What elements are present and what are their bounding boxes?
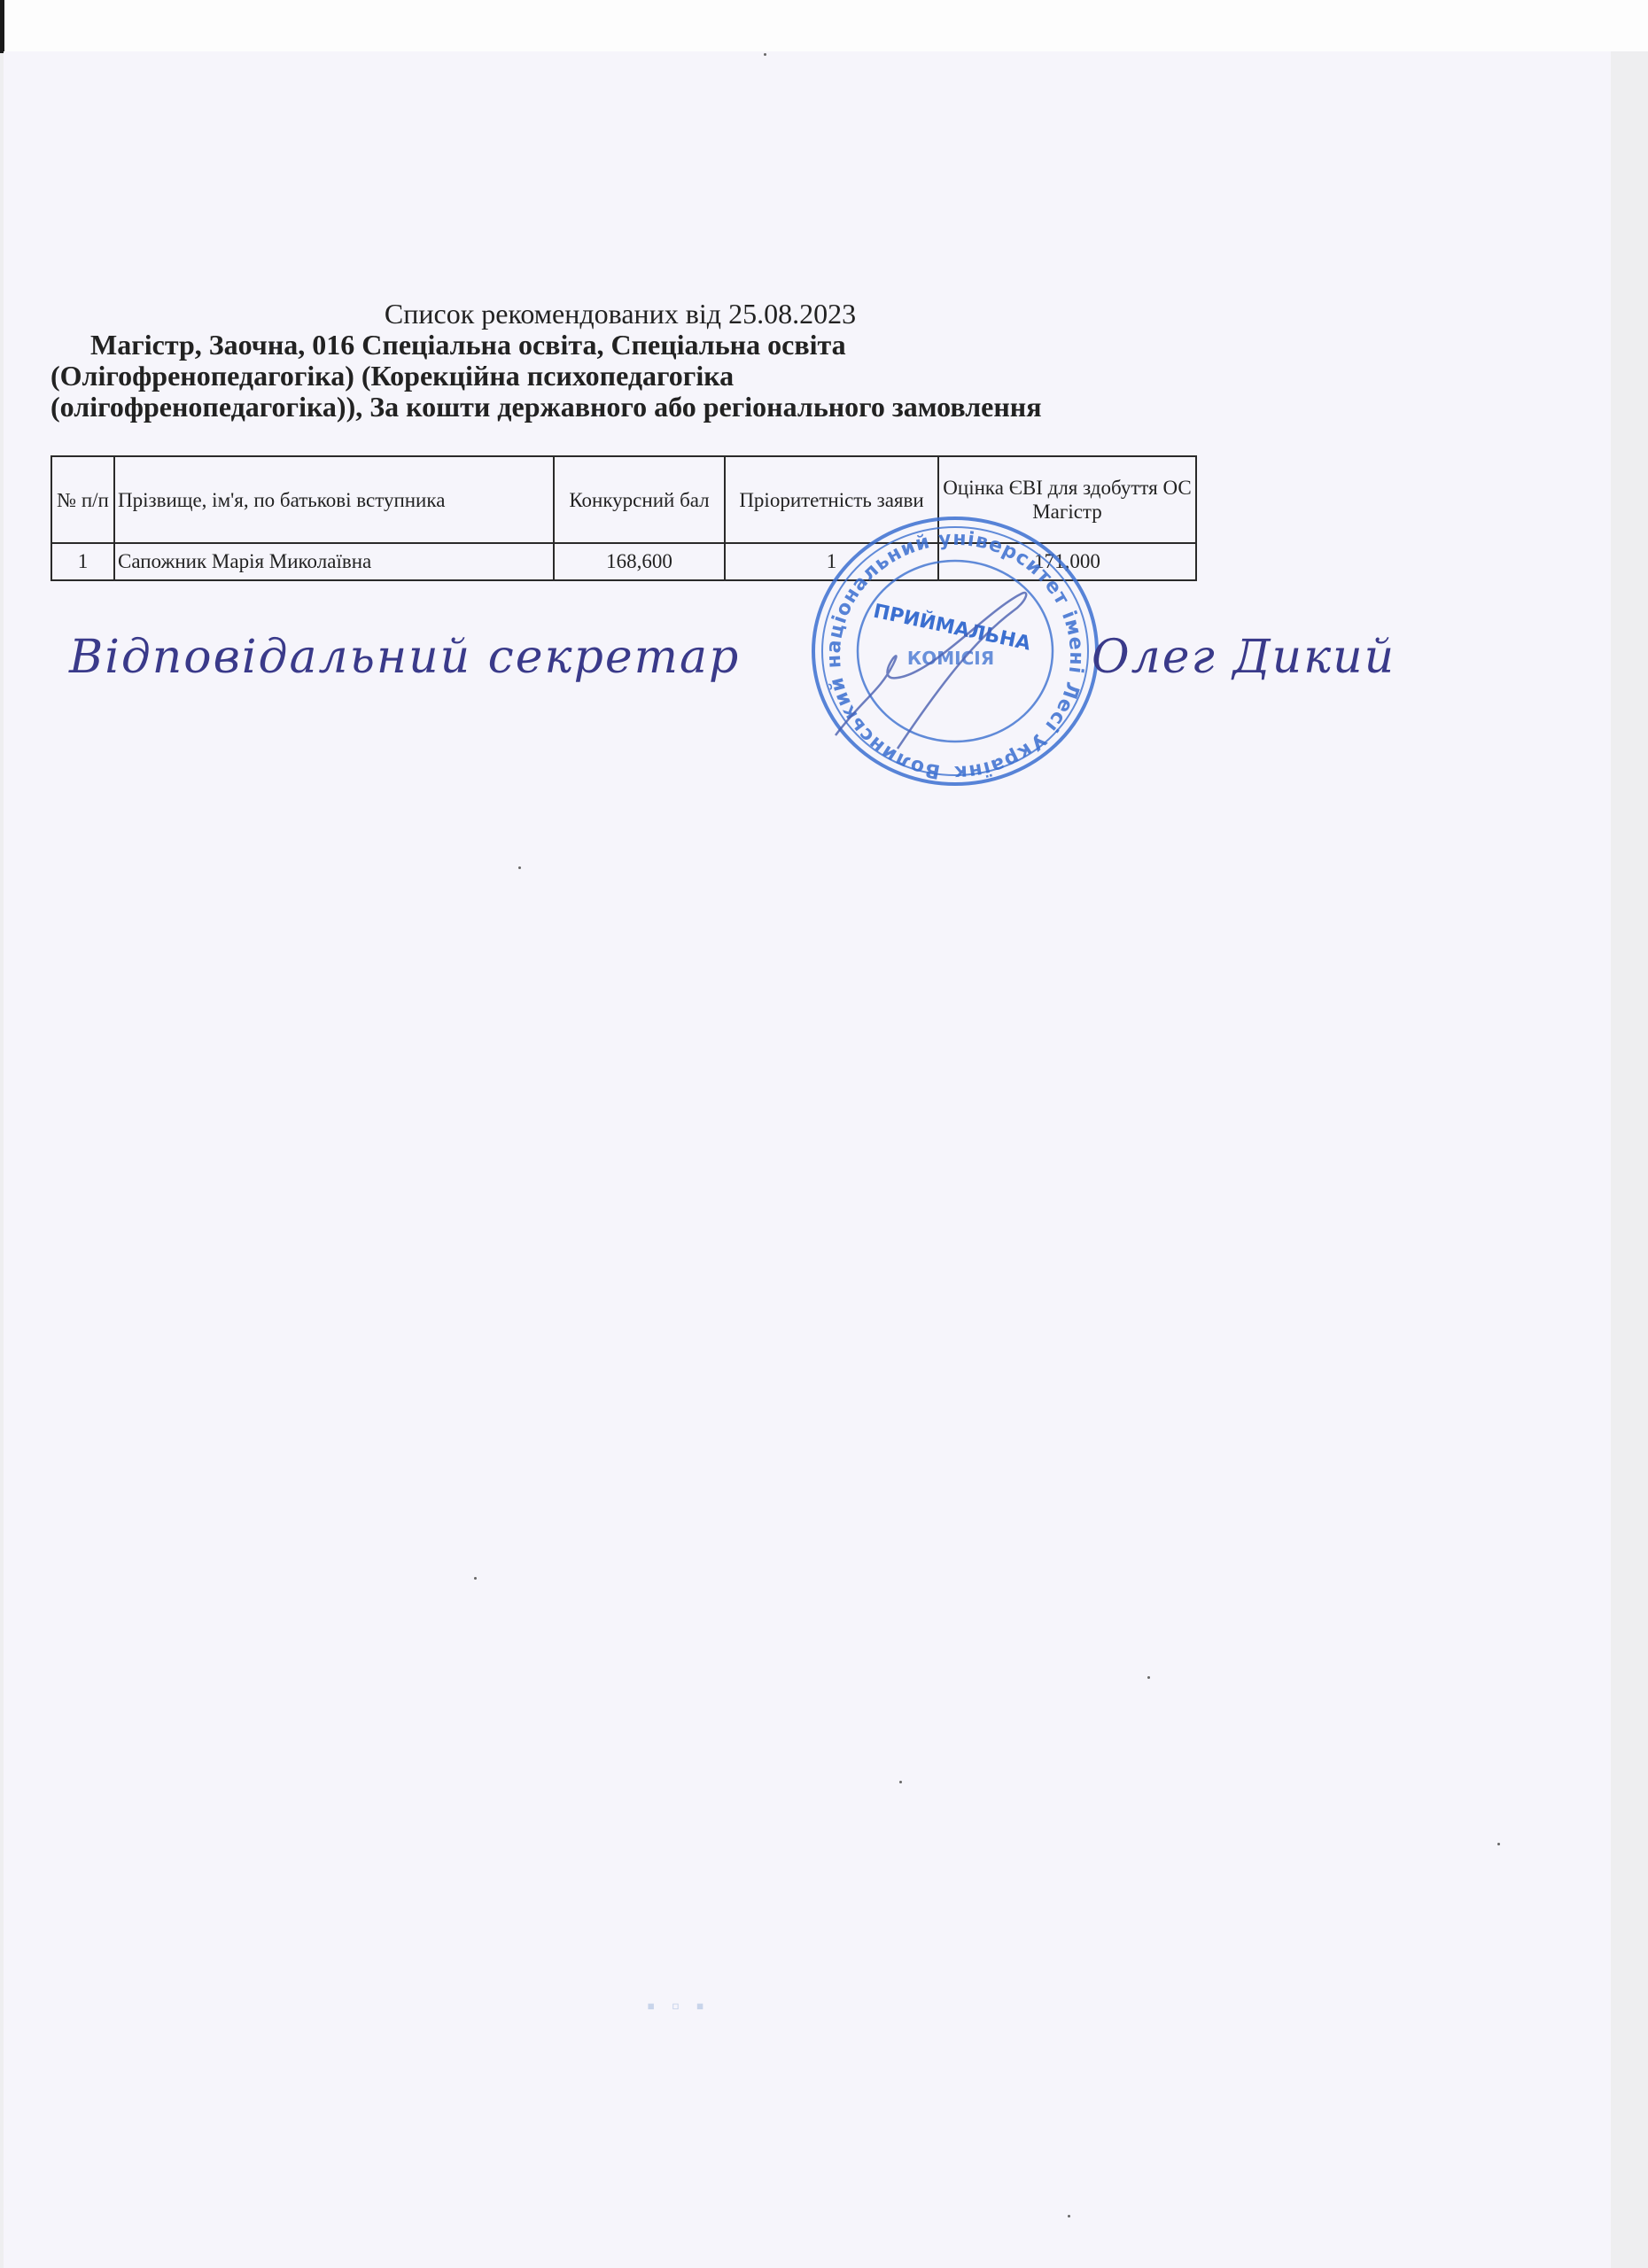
scan-speck: [1068, 2215, 1070, 2218]
header-number: № п/п: [51, 456, 114, 543]
scan-speck: [518, 866, 521, 869]
scan-edge-shadow: [0, 0, 4, 53]
document-subtitle: Магістр, Заочна, 016 Спеціальна освіта, …: [51, 330, 1198, 423]
handwritten-position: Відповідальний секретар: [69, 631, 740, 684]
scan-speck: [899, 1781, 902, 1783]
cell-competitive-score: 168,600: [554, 543, 725, 580]
cell-full-name: Сапожник Марія Миколаївна: [114, 543, 554, 580]
subtitle-line-3: (олігофренопедагогіка)), За кошти держав…: [51, 392, 1198, 423]
subtitle-line-2: (Олігофренопедагогіка) (Корекційна психо…: [51, 361, 1198, 392]
header-competitive-score: Конкурсний бал: [554, 456, 725, 543]
stamp-center-line-2: КОМІСІЯ: [907, 648, 994, 669]
scan-speck: [764, 53, 766, 56]
header-full-name: Прізвище, ім'я, по батькові вступника: [114, 456, 554, 543]
handwritten-name: Олег Дикий: [1092, 631, 1395, 684]
faint-stamp-residue: ▪ ▫ ▪: [647, 1993, 710, 2020]
scan-speck: [1497, 1843, 1500, 1845]
document-title: Список рекомендованих від 25.08.2023: [0, 296, 1240, 331]
scan-speck: [1147, 1676, 1150, 1679]
cell-number: 1: [51, 543, 114, 580]
subtitle-line-1: Магістр, Заочна, 016 Спеціальна освіта, …: [51, 330, 1198, 361]
scan-top-margin: [0, 0, 1648, 51]
scan-speck: [474, 1577, 477, 1580]
admission-committee-stamp: Волинський національний університет імен…: [809, 514, 1101, 788]
